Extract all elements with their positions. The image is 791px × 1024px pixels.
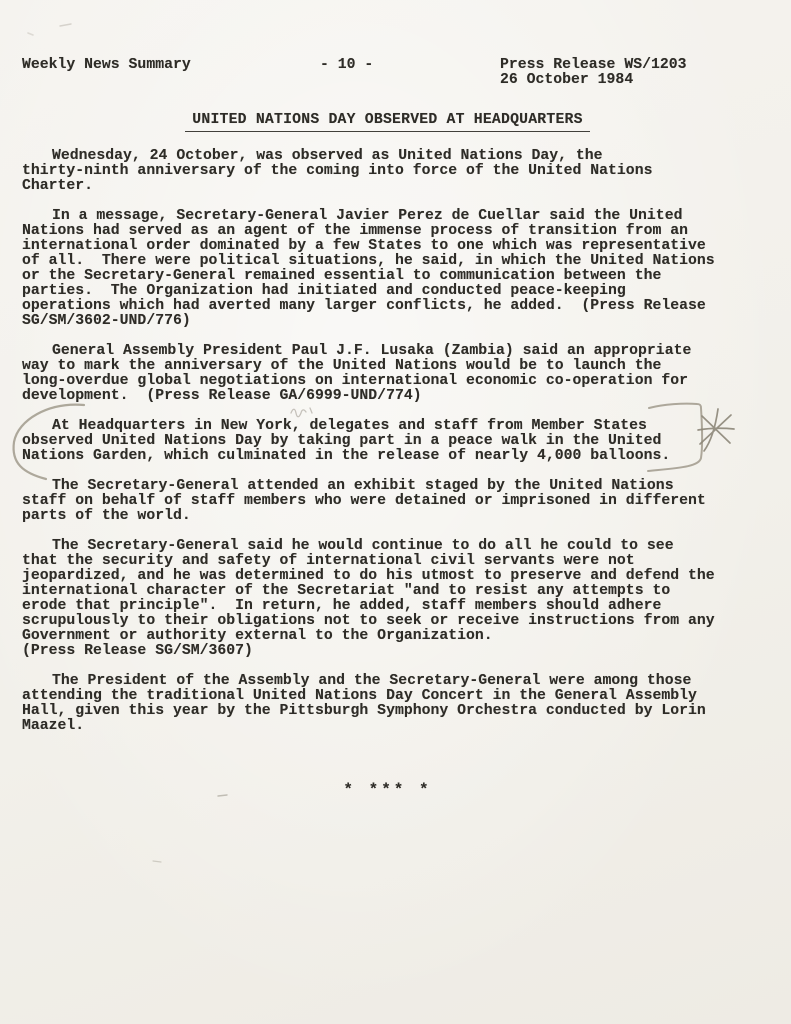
paragraph-sg-message: In a message, Secretary-General Javier P…	[22, 209, 738, 329]
article-heading-text: UNITED NATIONS DAY OBSERVED AT HEADQUART…	[185, 113, 589, 132]
paragraph-ga-president: General Assembly President Paul J.F. Lus…	[22, 344, 738, 404]
paragraph-civil-servants: The Secretary-General said he would cont…	[22, 539, 738, 659]
page-number: - 10 -	[320, 58, 373, 73]
paragraph-peace-walk: At Headquarters in New York, delegates a…	[22, 419, 738, 464]
press-release-number-and-date: Press Release WS/1203 26 October 1984	[500, 58, 686, 88]
end-of-section-stars: * *** *	[0, 783, 775, 798]
scanned-press-release-page: Weekly News Summary - 10 - Press Release…	[0, 0, 791, 1024]
scan-speck	[153, 861, 161, 862]
document-title: Weekly News Summary	[22, 58, 191, 73]
scan-speck	[60, 24, 71, 26]
paragraph-un-day-observed: Wednesday, 24 October, was observed as U…	[22, 149, 738, 194]
page-header: Weekly News Summary - 10 - Press Release…	[0, 58, 791, 92]
paragraph-exhibit: The Secretary-General attended an exhibi…	[22, 479, 738, 524]
article-heading: UNITED NATIONS DAY OBSERVED AT HEADQUART…	[0, 113, 775, 132]
scan-speck	[28, 33, 33, 35]
paragraph-concert: The President of the Assembly and the Se…	[22, 674, 738, 734]
article-body: Wednesday, 24 October, was observed as U…	[22, 149, 738, 749]
